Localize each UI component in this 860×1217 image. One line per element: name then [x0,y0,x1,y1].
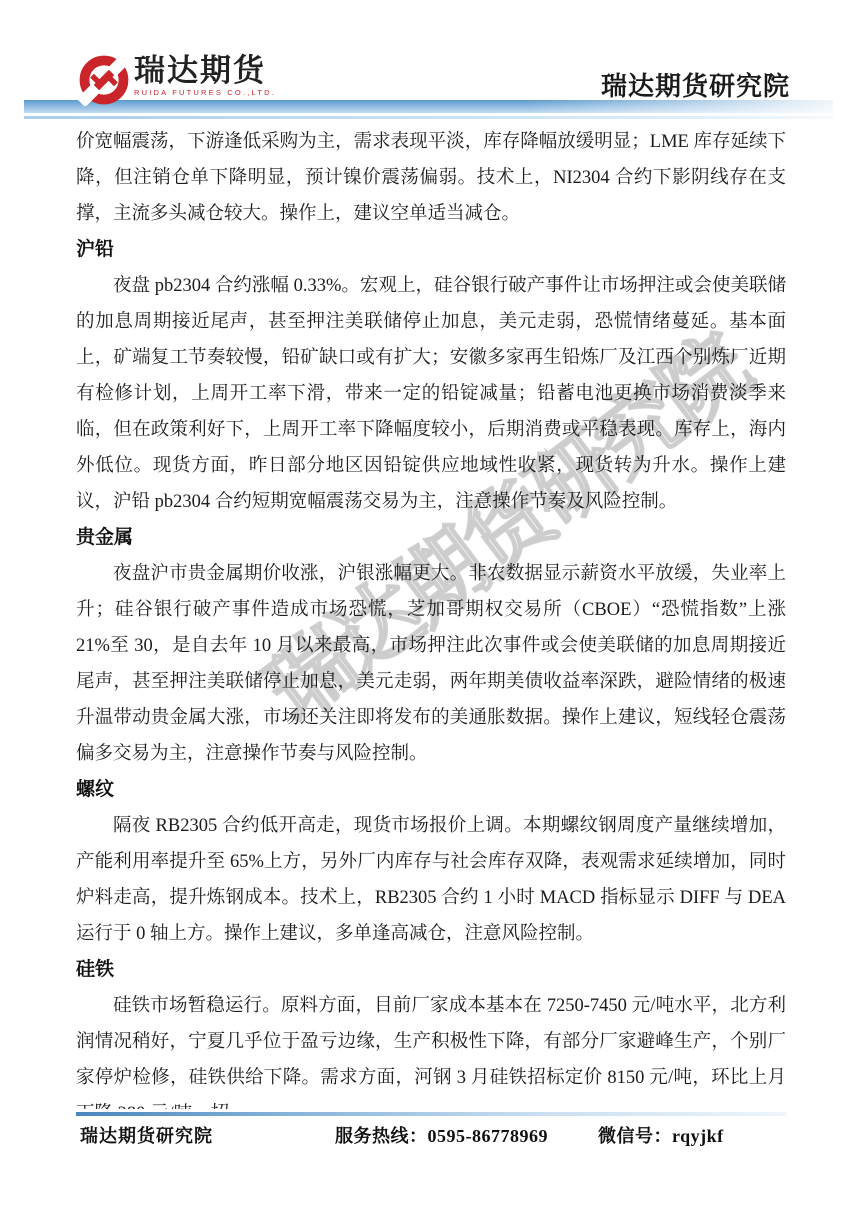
footer-wechat: 微信号：rqyjkf [598,1122,724,1148]
footer-divider [76,1112,786,1116]
brand-text: 瑞达期货 RUIDA FUTURES CO.,LTD. [134,54,276,97]
page-footer: 瑞达期货研究院 服务热线：0595-86778969 微信号：rqyjkf [76,1122,786,1152]
paragraph: 夜盘 pb2304 合约涨幅 0.33%。宏观上，硅谷银行破产事件让市场押注或会… [76,268,786,520]
document-page: 瑞达期货研究院 瑞达期货 RUIDA FUTURES CO.,LTD. 瑞达期货… [0,0,860,1217]
brand-name-cn: 瑞达期货 [134,54,276,87]
footer-wechat-label: 微信号： [598,1126,672,1146]
header-divider-line [24,116,833,119]
section-rebar: 螺纹 隔夜 RB2305 合约低开高走，现货市场报价上调。本期螺纹钢周度产量继续… [76,772,786,952]
footer-org: 瑞达期货研究院 [80,1122,213,1148]
paragraph: 价宽幅震荡，下游逢低采购为主，需求表现平淡，库存降幅放缓明显；LME 库存延续下… [76,124,786,232]
paragraph: 硅铁市场暂稳运行。原料方面，目前厂家成本基本在 7250-7450 元/吨水平，… [76,988,786,1109]
footer-hotline-label: 服务热线： [335,1126,428,1146]
section-heading: 螺纹 [76,772,786,808]
section-ferrosilicon: 硅铁 硅铁市场暂稳运行。原料方面，目前厂家成本基本在 7250-7450 元/吨… [76,952,786,1109]
section-heading: 沪铅 [76,232,786,268]
brand-name-en: RUIDA FUTURES CO.,LTD. [134,88,276,97]
paragraph: 隔夜 RB2305 合约低开高走，现货市场报价上调。本期螺纹钢周度产量继续增加，… [76,808,786,952]
section-heading: 贵金属 [76,520,786,556]
footer-hotline: 服务热线：0595-86778969 [335,1122,548,1148]
header-title: 瑞达期货研究院 [601,66,790,103]
section-shanghai-lead: 沪铅 夜盘 pb2304 合约涨幅 0.33%。宏观上，硅谷银行破产事件让市场押… [76,232,786,520]
paragraph: 夜盘沪市贵金属期价收涨，沪银涨幅更大。非农数据显示薪资水平放缓，失业率上升；硅谷… [76,556,786,772]
report-body: 价宽幅震荡，下游逢低采购为主，需求表现平淡，库存降幅放缓明显；LME 库存延续下… [76,124,786,1109]
footer-hotline-number: 0595-86778969 [428,1126,549,1146]
section-precious-metals: 贵金属 夜盘沪市贵金属期价收涨，沪银涨幅更大。非农数据显示薪资水平放缓，失业率上… [76,520,786,772]
brand-logo: 瑞达期货 RUIDA FUTURES CO.,LTD. [78,54,276,106]
footer-wechat-id: rqyjkf [672,1126,724,1146]
section-heading: 硅铁 [76,952,786,988]
ruida-logo-icon [78,54,130,106]
section-nickel-continued: 价宽幅震荡，下游逢低采购为主，需求表现平淡，库存降幅放缓明显；LME 库存延续下… [76,124,786,232]
